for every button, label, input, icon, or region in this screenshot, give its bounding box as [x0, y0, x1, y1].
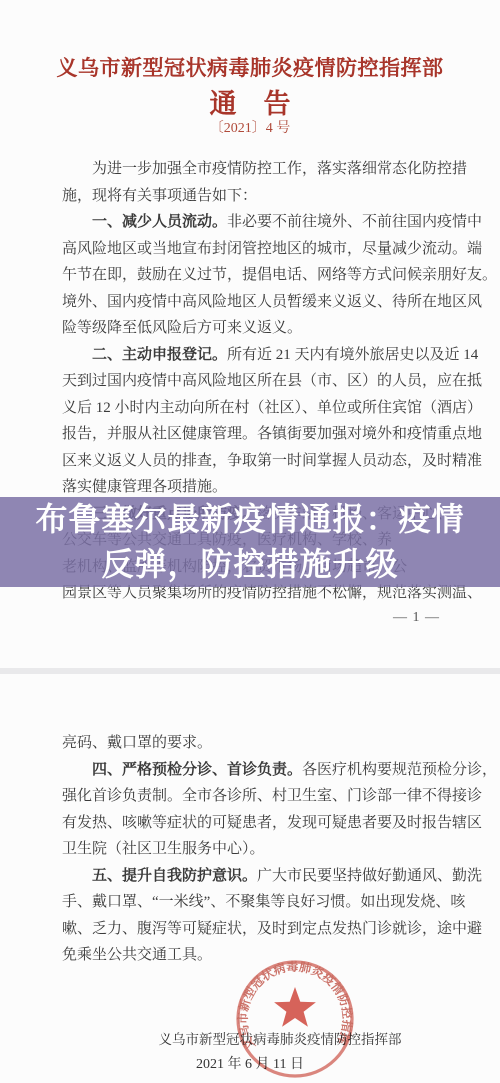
body-line: 卫生院（社区卫生服务中心）。: [62, 836, 497, 863]
body-line: 亮码、戴口罩的要求。: [62, 730, 497, 757]
body-line: 险等级降至低风险后方可来义返义。: [62, 315, 497, 342]
headline-overlay-banner: 布鲁塞尔最新疫情通报：疫情 反弹，防控措施升级: [0, 497, 500, 587]
seal-star-icon: [274, 987, 316, 1027]
body-line: 区来义返义人员的排查，争取第一时间掌握人员动态，及时精准: [62, 448, 497, 475]
body-line: 境外、国内疫情中高风险地区人员暂缓来义返义、待所在地区风: [62, 289, 497, 316]
body-line: 二、主动申报登记。所有近 21 天内有境外旅居史以及近 14: [62, 342, 497, 369]
body-line: 五、提升自我防护意识。广大市民要坚持做好勤通风、勤洗: [62, 863, 497, 890]
body-line: 高风险地区或当地宣布封闭管控地区的城市，尽量减少流动。端: [62, 236, 497, 263]
headline-line2: 反弹，防控措施升级: [101, 542, 398, 587]
body-line: 午节在即，鼓励在义过节，提倡电话、网络等方式问候亲朋好友。: [62, 262, 497, 289]
body-line: 有发热、咳嗽等症状的可疑患者，发现可疑患者要及时报告辖区: [62, 810, 497, 837]
document-number: 〔2021〕4 号: [0, 117, 500, 137]
official-seal-icon: 义乌市新型冠状病毒肺炎疫情防控指挥部: [233, 957, 357, 1081]
document-type-title: 通 告: [0, 82, 500, 121]
page-number: — 1 —: [393, 610, 440, 626]
body-line: 天到过国内疫情中高风险地区所在县（市、区）的人员，应在抵: [62, 368, 497, 395]
headline-line1: 布鲁塞尔最新疫情通报：疫情: [35, 497, 464, 542]
body-line: 四、严格预检分诊、首诊负责。各医疗机构要规范预检分诊，: [62, 757, 497, 784]
body-line: 手、戴口罩、“一米线”、不聚集等良好习惯。如出现发烧、咳: [62, 889, 497, 916]
page-separator: [0, 668, 500, 674]
body-line: 为进一步加强全市疫情防控工作，落实落细常态化防控措: [62, 156, 497, 183]
body-line: 施，现将有关事项通告如下：: [62, 183, 497, 210]
notice-document: 义乌市新型冠状病毒肺炎疫情防控指挥部 通 告 〔2021〕4 号 为进一步加强全…: [0, 0, 500, 1083]
document-org-title: 义乌市新型冠状病毒肺炎疫情防控指挥部: [0, 52, 500, 82]
body-line: 报告，并服从社区健康管理。各镇街要加强对境外和疫情重点地: [62, 421, 497, 448]
body-line: 强化首诊负责制。全市各诊所、村卫生室、门诊部一律不得接诊: [62, 783, 497, 810]
body-text-page2: 亮码、戴口罩的要求。 四、严格预检分诊、首诊负责。各医疗机构要规范预检分诊， 强…: [62, 730, 497, 969]
body-line: 嗽、乏力、腹泻等可疑症状，及时到定点发热门诊就诊，途中避: [62, 916, 497, 943]
body-line: 义后 12 小时内主动向所在村（社区）、单位或所住宾馆（酒店）: [62, 395, 497, 422]
body-line: 一、减少人员流动。非必要不前往境外、不前往国内疫情中: [62, 209, 497, 236]
